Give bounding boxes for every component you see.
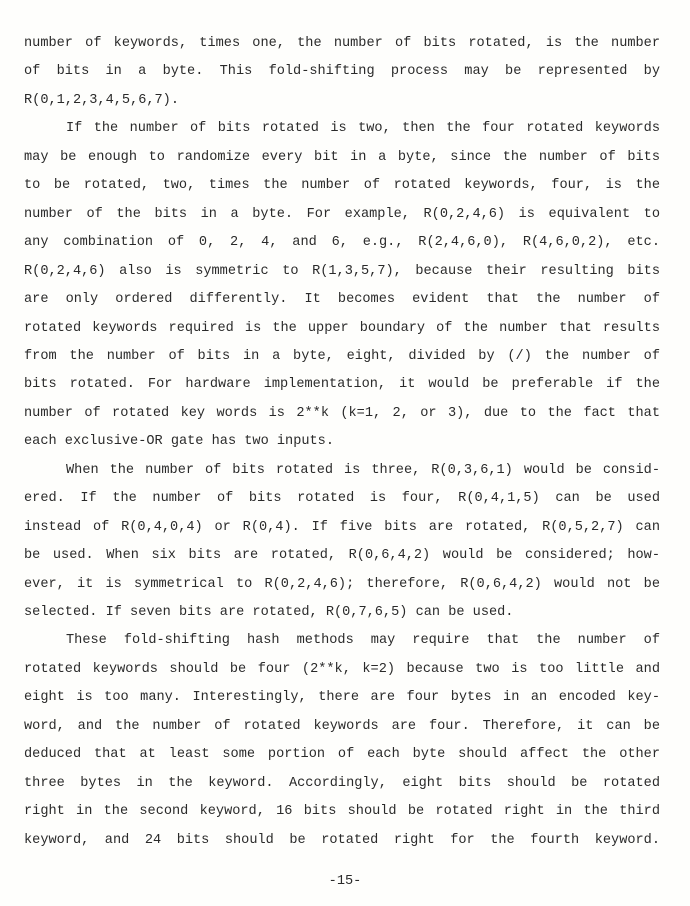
text-line: from the number of bits in a byte, eight… — [24, 349, 660, 365]
text-line: ever, it is symmetrical to R(0,2,4,6); t… — [24, 577, 660, 593]
text-line: of bits in a byte. This fold-shifting pr… — [24, 64, 660, 80]
text-line: eight is too many. Interestingly, there … — [24, 690, 660, 706]
text-line: to be rotated, two, times the number of … — [24, 178, 660, 194]
text-line: bits rotated. For hardware implementatio… — [24, 377, 660, 393]
text-line: three bytes in the keyword. Accordingly,… — [24, 776, 660, 792]
text-line: be used. When six bits are rotated, R(0,… — [24, 548, 660, 564]
text-line: number of the bits in a byte. For exampl… — [24, 207, 660, 223]
text-line: each exclusive-OR gate has two inputs. — [24, 434, 660, 450]
text-line: ered. If the number of bits rotated is f… — [24, 491, 660, 507]
page-number: -15- — [0, 874, 690, 890]
text-line: selected. If seven bits are rotated, R(0… — [24, 605, 660, 621]
text-line: may be enough to randomize every bit in … — [24, 150, 660, 166]
text-line: keyword, and 24 bits should be rotated r… — [24, 833, 660, 849]
text-line: deduced that at least some portion of ea… — [24, 747, 660, 763]
text-line: rotated keywords required is the upper b… — [24, 321, 660, 337]
text-line: word, and the number of rotated keywords… — [24, 719, 660, 735]
text-line: any combination of 0, 2, 4, and 6, e.g.,… — [24, 235, 660, 251]
text-line: rotated keywords should be four (2**k, k… — [24, 662, 660, 678]
text-line: If the number of bits rotated is two, th… — [66, 121, 660, 137]
text-line: instead of R(0,4,0,4) or R(0,4). If five… — [24, 520, 660, 536]
document-page: number of keywords, times one, the numbe… — [0, 0, 690, 906]
text-line: are only ordered differently. It becomes… — [24, 292, 660, 308]
text-line: number of keywords, times one, the numbe… — [24, 36, 660, 52]
text-line: R(0,1,2,3,4,5,6,7). — [24, 93, 660, 109]
text-line: When the number of bits rotated is three… — [66, 463, 660, 479]
text-line: right in the second keyword, 16 bits sho… — [24, 804, 660, 820]
text-line: number of rotated key words is 2**k (k=1… — [24, 406, 660, 422]
text-line: R(0,2,4,6) also is symmetric to R(1,3,5,… — [24, 264, 660, 280]
text-line: These fold-shifting hash methods may req… — [66, 633, 660, 649]
